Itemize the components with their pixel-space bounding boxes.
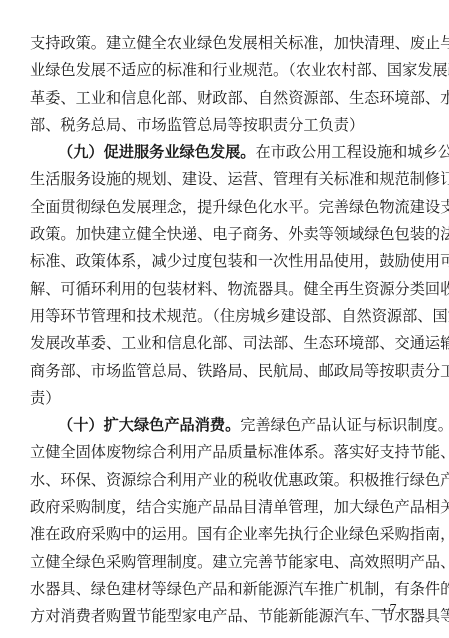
text-line: 责） (30, 385, 414, 412)
text-line: 政策。加快建立健全快递、电子商务、外卖等领域绿色包装的法律、 (30, 221, 414, 248)
section-10-intro-text: 完善绿色产品认证与标识制度。建 (240, 416, 449, 434)
section-9-intro-text: 在市政公用工程设施和城乡公共 (255, 143, 449, 161)
text-line: 商务部、市场监管总局、铁路局、民航局、邮政局等按职责分工负 (30, 358, 414, 385)
text-line: 革委、工业和信息化部、财政部、自然资源部、生态环境部、水利 (30, 85, 414, 112)
section-10-heading: （十）扩大绿色产品消费。 (58, 416, 240, 434)
text-line: 全面贯彻绿色发展理念，提升绿色化水平。完善绿色物流建设支持 (30, 194, 414, 221)
text-line: 立健全绿色采购管理制度。建立完善节能家电、高效照明产品、节 (30, 549, 414, 576)
text-line: 立健全固体废物综合利用产品质量标准体系。落实好支持节能、节 (30, 439, 414, 466)
text-line: 方对消费者购置节能型家电产品、节能新能源汽车、节水器具等给 (30, 603, 414, 630)
text-line: 解、可循环利用的包装材料、物流器具。健全再生资源分类回收利 (30, 276, 414, 303)
document-page: 支持政策。建立健全农业绿色发展相关标准，加快清理、废止与农 业绿色发展不适应的标… (30, 30, 414, 631)
text-line: 标准、政策体系，减少过度包装和一次性用品使用，鼓励使用可降 (30, 248, 414, 275)
text-line: 发展改革委、工业和信息化部、司法部、生态环境部、交通运输部、 (30, 330, 414, 357)
page-number: — 7 — (372, 602, 414, 618)
text-line: 用等环节管理和技术规范。（住房城乡建设部、自然资源部、国家 (30, 303, 414, 330)
section-9-first-line: （九）促进服务业绿色发展。在市政公用工程设施和城乡公共 (30, 139, 414, 166)
text-line: 支持政策。建立健全农业绿色发展相关标准，加快清理、废止与农 (30, 30, 414, 57)
text-line: 政府采购制度，结合实施产品品目清单管理，加大绿色产品相关标 (30, 494, 414, 521)
text-line: 水、环保、资源综合利用产业的税收优惠政策。积极推行绿色产品 (30, 467, 414, 494)
section-9-heading: （九）促进服务业绿色发展。 (58, 143, 255, 161)
text-line: 业绿色发展不适应的标准和行业规范。（农业农村部、国家发展改 (30, 57, 414, 84)
text-line: 水器具、绿色建材等绿色产品和新能源汽车推广机制，有条件的地 (30, 576, 414, 603)
text-line: 生活服务设施的规划、建设、运营、管理有关标准和规范制修订中， (30, 166, 414, 193)
text-line: 部、税务总局、市场监管总局等按职责分工负责） (30, 112, 414, 139)
text-line: 准在政府采购中的运用。国有企业率先执行企业绿色采购指南，建 (30, 521, 414, 548)
section-10-first-line: （十）扩大绿色产品消费。完善绿色产品认证与标识制度。建 (30, 412, 414, 439)
